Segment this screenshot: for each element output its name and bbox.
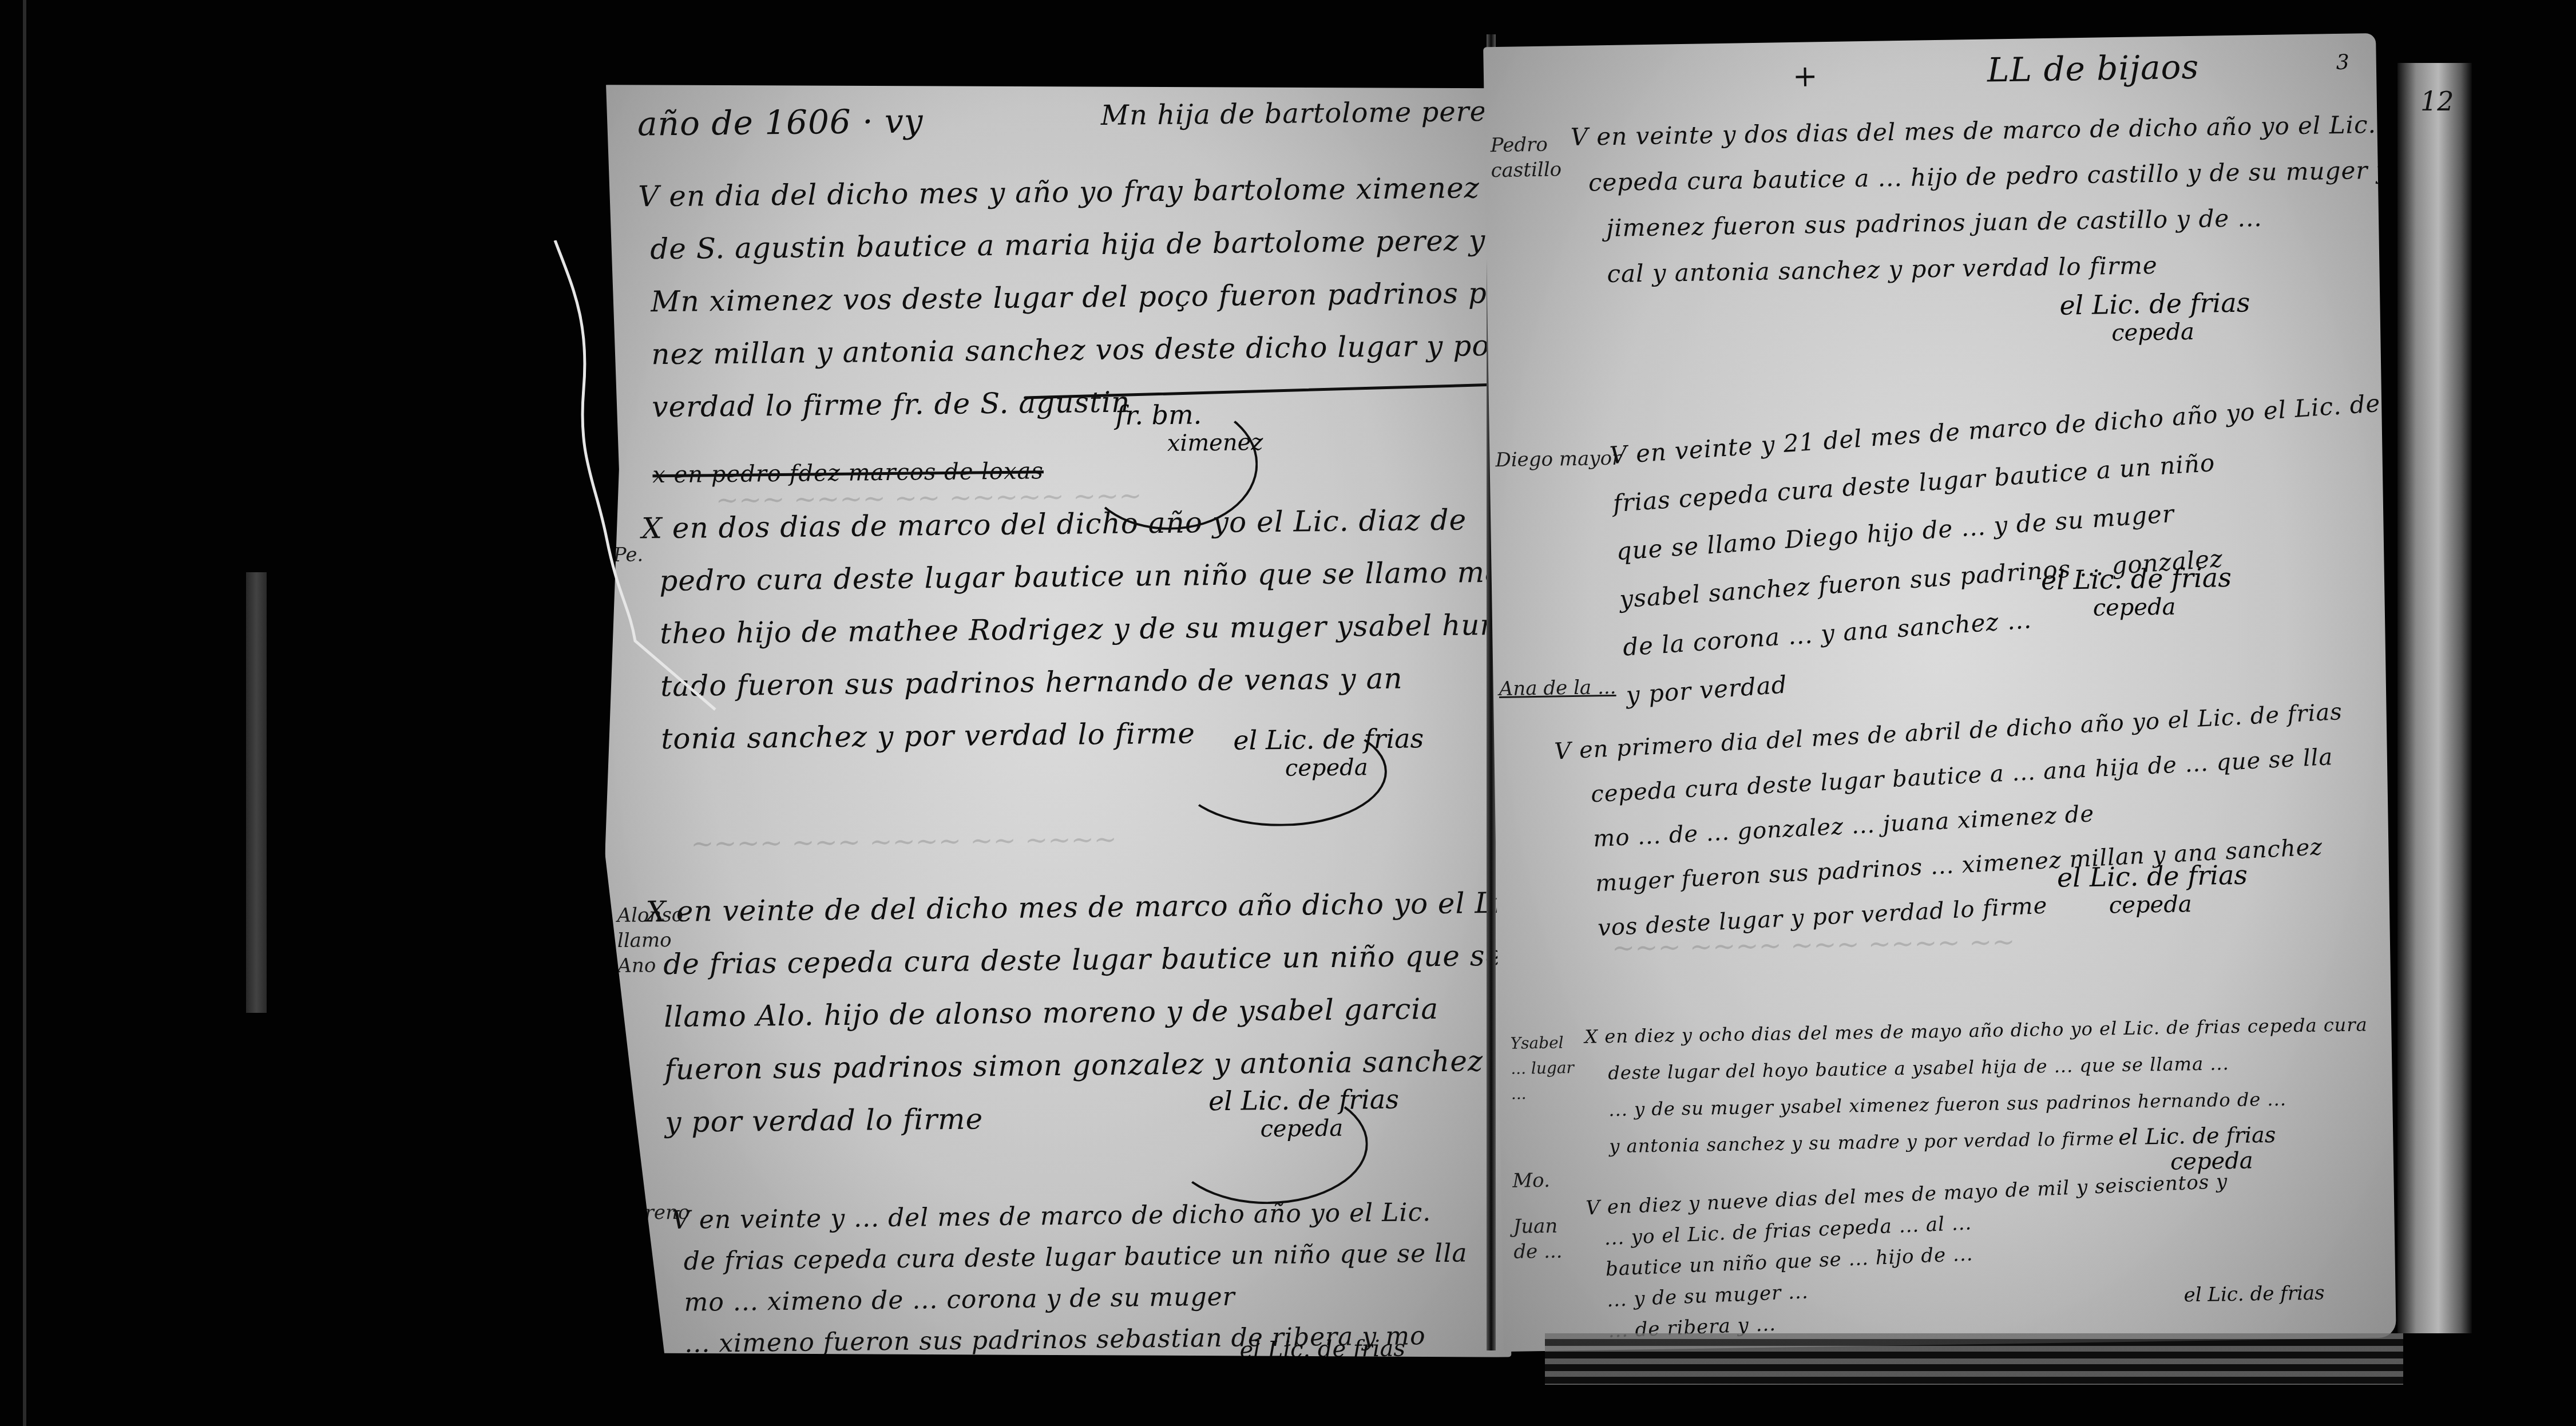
folio-number: 12: [2420, 86, 2454, 117]
cross-mark: +: [1793, 59, 1819, 94]
scan-frame-edge: [23, 0, 26, 1426]
baptism-entry: V en dia del dicho mes y año yo fray bar…: [638, 160, 1512, 434]
year-heading: año de 1606 · vy: [637, 101, 924, 143]
page-mark: 3: [2336, 51, 2349, 74]
ink-bleed-through: ~~~~ ~~~ ~~~~ ~~ ~~~~: [691, 823, 1117, 860]
entry-line: de frias cepeda cura deste lugar bautice…: [646, 929, 1512, 991]
margin-note: Ana de la ...: [1499, 675, 1616, 702]
entry-line: llamo Alo. hijo de alonso moreno y de ys…: [647, 981, 1512, 1043]
signature: el Lic. de frias cepeda: [2059, 287, 2250, 347]
signature-line: el Lic. de frias: [2118, 1122, 2276, 1150]
struck-heading: x en pedro fdez marcos de loxas: [652, 458, 1044, 488]
page-edges-stack: [1545, 1333, 2403, 1385]
baptism-entry: V en veinte y dos dias del mes de marco …: [1570, 100, 2396, 298]
signature: el Lic. de frias: [2183, 1282, 2325, 1307]
entry-title: Mn hija de bartolome perez: [1101, 96, 1502, 132]
signature: el Lic. de frias cepeda: [2041, 562, 2232, 622]
entry-line: X en veinte de del dicho mes de marco añ…: [645, 876, 1512, 938]
entry-line: de frias cepeda cura deste lugar bautice…: [672, 1233, 1467, 1282]
entry-line: theo hijo de mathee Rodrigez y de su mug…: [643, 599, 1503, 660]
margin-note: Pedro castillo: [1491, 132, 1577, 183]
signature-line: el Lic. de frias: [2059, 287, 2250, 320]
signature-line: cepeda: [2041, 593, 2232, 622]
signature-line: el Lic. de frias: [2057, 859, 2248, 893]
margin-note: Mo.: [1512, 1168, 1550, 1194]
margin-note: Juan de ...: [1513, 1213, 1571, 1265]
right-page: ~~~ ~~~~ ~~~ ~~~~ ~~ + LL de bijaos 3 Pe…: [1483, 33, 2396, 1352]
left-page: ~~~ ~~~~ ~~ ~~~~~ ~~~ ~~~~ ~~~ ~~~~ ~~ ~…: [597, 76, 1511, 1366]
margin-note: Pe.: [613, 542, 644, 568]
entry-line: de S. agustin bautice a maria hija de ba…: [639, 212, 1512, 276]
margin-note: Ysabel ... lugar ...: [1510, 1030, 1580, 1107]
entry-line: tado fueron sus padrinos hernando de ven…: [643, 651, 1504, 713]
signature-line: el Lic. de frias: [2183, 1282, 2325, 1307]
entry-line: pedro cura deste lugar bautice un niño q…: [642, 546, 1503, 608]
signature-flourish: [1176, 718, 1388, 827]
signature-flourish: [1168, 1084, 1369, 1205]
signature: el Lic. de frias cepeda: [2057, 859, 2248, 920]
entry-line: Mn ximenez vos deste lugar del poço fuer…: [639, 265, 1512, 328]
entry-line: X en dos dias de marco del dicho año yo …: [641, 493, 1502, 555]
signature-line: cepeda: [2058, 890, 2249, 920]
baptism-entry: V en veinte y 21 del mes de marco de dic…: [1608, 379, 2396, 720]
margin-note: Diego mayor: [1495, 446, 1621, 473]
signature-line: el Lic. de frias: [2041, 562, 2232, 596]
entry-line: nez millan y antonia sanchez vos deste d…: [640, 318, 1512, 381]
entry-line: verdad lo firme fr. de S. agustin: [640, 370, 1512, 434]
book-spine-strip: [246, 572, 267, 1013]
next-leaf-edge: 12: [2397, 63, 2472, 1333]
baptism-entry: V en diez y nueve dias del mes de mayo d…: [1585, 1166, 2233, 1348]
signature-line: cepeda: [2060, 318, 2251, 347]
entry-line: V en dia del dicho mes y año yo fray bar…: [638, 160, 1512, 223]
page-heading: LL de bijaos: [1987, 47, 2199, 90]
